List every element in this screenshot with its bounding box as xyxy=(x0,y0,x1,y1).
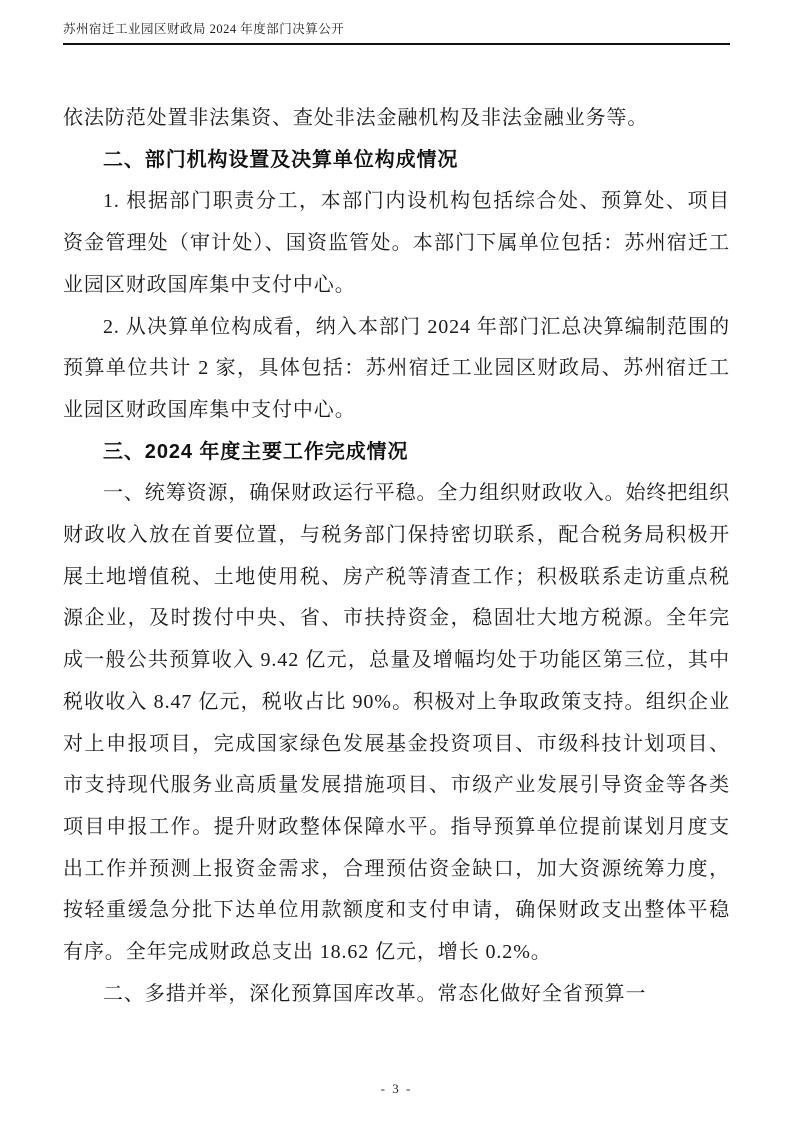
paragraph-work-summary-2-partial: 二、多措并举，深化预算国库改革。常态化做好全省预算一 xyxy=(63,974,730,1016)
header-title: 苏州宿迁工业园区财政局 2024 年度部门决算公开 xyxy=(63,19,730,37)
paragraph-org-structure: 1. 根据部门职责分工，本部门内设机构包括综合处、预算处、项目资金管理处（审计处… xyxy=(63,181,730,306)
section-heading-2: 二、部门机构设置及决算单位构成情况 xyxy=(63,140,730,182)
paragraph-unit-composition: 2. 从决算单位构成看，纳入本部门 2024 年部门汇总决算编制范围的预算单位共… xyxy=(63,307,730,432)
paragraph-work-summary-1: 一、统筹资源，确保财政运行平稳。全力组织财政收入。始终把组织财政收入放在首要位置… xyxy=(63,473,730,973)
section-heading-3: 三、2024 年度主要工作完成情况 xyxy=(63,432,730,474)
paragraph-continuation: 依法防范处置非法集资、查处非法金融机构及非法金融业务等。 xyxy=(63,98,730,140)
page-footer: - 3 - xyxy=(0,1080,793,1098)
page-number: - 3 - xyxy=(381,1081,413,1096)
document-page: 苏州宿迁工业园区财政局 2024 年度部门决算公开 依法防范处置非法集资、查处非… xyxy=(0,0,793,1122)
document-body: 依法防范处置非法集资、查处非法金融机构及非法金融业务等。 二、部门机构设置及决算… xyxy=(63,98,730,1015)
page-header: 苏州宿迁工业园区财政局 2024 年度部门决算公开 xyxy=(63,0,730,45)
